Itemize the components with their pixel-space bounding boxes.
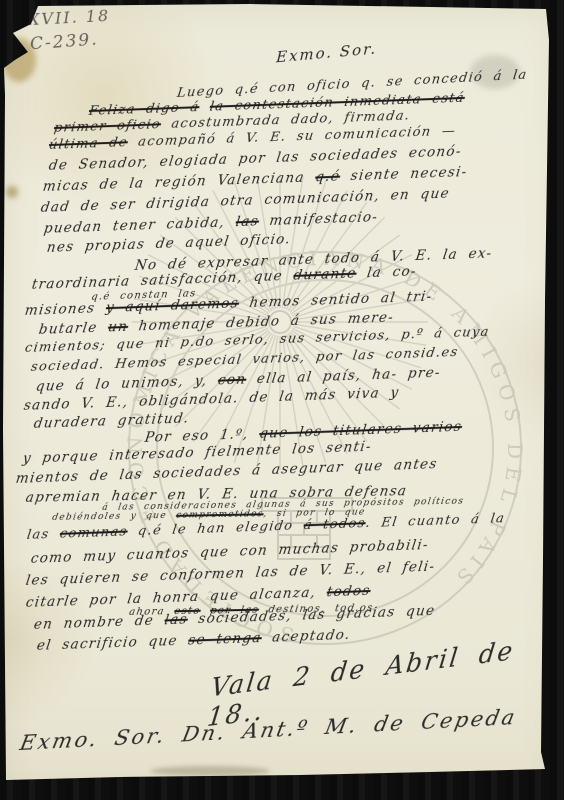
scanned-document-page: SOCIEDAD ECONOMICA VALENCIANA DE AMIGOS … <box>0 0 564 800</box>
archival-mark-folder: XVII. 18 <box>28 6 111 29</box>
letter-salutation: Exmo. Sor. <box>276 39 378 66</box>
manuscript-paper: SOCIEDAD ECONOMICA VALENCIANA DE AMIGOS … <box>0 0 564 800</box>
paper-stain <box>150 766 270 776</box>
paper-stain <box>6 186 18 198</box>
archival-mark-box: C-239. <box>29 30 99 55</box>
